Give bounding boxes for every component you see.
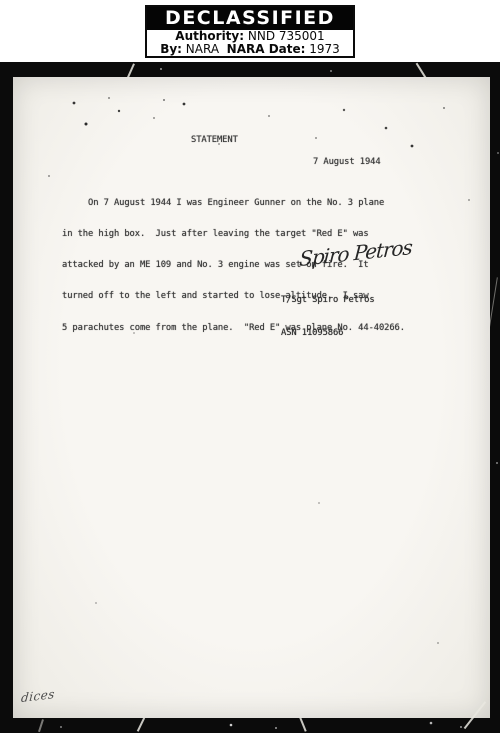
scan-noise-specks bbox=[13, 77, 15, 79]
scratch-mark bbox=[137, 717, 145, 731]
by-label: By: bbox=[160, 42, 182, 56]
document-date: 7 August 1944 bbox=[313, 157, 381, 167]
authority-label: Authority: bbox=[175, 29, 244, 43]
declassified-banner: DECLASSIFIED bbox=[147, 7, 353, 30]
declassified-stamp: DECLASSIFIED Authority: NND 735001 By: N… bbox=[145, 5, 355, 58]
nara-date-value: 1973 bbox=[305, 42, 339, 56]
signer-name: T/Sgt Spiro Petros bbox=[281, 295, 375, 306]
frame-dust-specks bbox=[0, 62, 2, 64]
scratch-mark bbox=[416, 63, 426, 78]
scanned-document-view: DECLASSIFIED Authority: NND 735001 By: N… bbox=[0, 0, 500, 733]
authority-value: NND 735001 bbox=[244, 29, 325, 43]
scratch-mark bbox=[38, 719, 43, 732]
scratch-mark bbox=[127, 63, 134, 77]
body-line: On 7 August 1944 I was Engineer Gunner o… bbox=[62, 198, 405, 208]
document-page: STATEMENT 7 August 1944 On 7 August 1944… bbox=[13, 77, 490, 718]
by-value: NARA bbox=[182, 42, 227, 56]
nara-date-label: NARA Date: bbox=[227, 42, 306, 56]
scratch-mark bbox=[299, 717, 306, 731]
body-line: in the high box. Just after leaving the … bbox=[62, 229, 405, 239]
stamp-by-line: By: NARA NARA Date: 1973 bbox=[147, 43, 353, 56]
signer-block: T/Sgt Spiro Petros ASN 11095866 bbox=[281, 273, 375, 361]
photostat-frame: STATEMENT 7 August 1944 On 7 August 1944… bbox=[0, 62, 500, 733]
handwritten-note: dices bbox=[21, 687, 56, 705]
statement-heading: STATEMENT bbox=[191, 135, 238, 145]
signer-asn: ASN 11095866 bbox=[281, 328, 375, 339]
